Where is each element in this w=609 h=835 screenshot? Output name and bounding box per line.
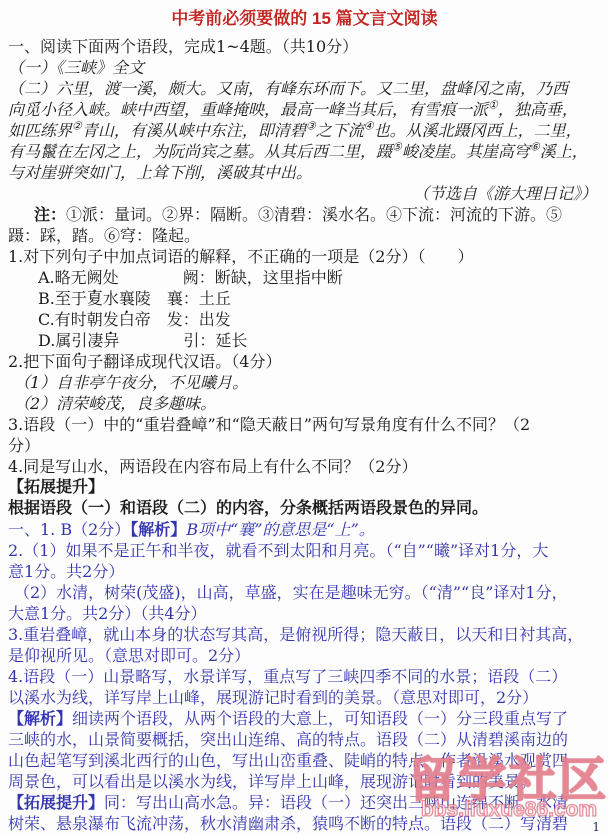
text-segment: 引 (71, 331, 87, 350)
document-line: 3.重岩叠嶂，就山本身的状态写其高，是俯视所得；隐天蔽日，以天和日衬其高， (8, 624, 601, 645)
document-line: 注：①派：量词。②界：隔断。③清碧：溪水名。④下流：河流的下游。⑤ (8, 204, 601, 225)
text-segment: ④ (364, 120, 374, 133)
text-segment: 蹑：踩，踏。⑥穹：隆起。 (8, 226, 200, 245)
text-segment: 发 (103, 310, 119, 329)
document-body: 一、阅读下面两个语段，完成1~4题。（共10分）（一）《三峡》全文（二）六里，渡… (8, 36, 601, 834)
text-segment: 意1分。共2分） (8, 562, 124, 581)
text-segment: ⑤ (392, 141, 402, 154)
text-segment: （一）《三峡》全文 (8, 58, 144, 77)
document-line: 意1分。共2分） (8, 561, 601, 582)
text-segment: 注： (34, 205, 66, 224)
text-segment: （节选自《游大理日记》） (413, 184, 597, 203)
document-line: （一）《三峡》全文 (8, 57, 601, 78)
document-line: 1.对下列句子中加点词语的解释，不正确的一项是（2分）（ ） (8, 246, 601, 267)
document-line: 【解析】细读两个语段，从两个语段的大意上，可知语段（一）分三段重点写了 (8, 708, 601, 729)
document-line: 蹑：踩，踏。⑥穹：隆起。 (8, 225, 601, 246)
page-number: 1 (592, 821, 600, 833)
text-segment: ② (72, 120, 82, 133)
text-segment: 溪上， (540, 142, 588, 161)
page-title: 中考前必须要做的 15 篇文言文阅读 (8, 6, 601, 32)
document-line: （1）自非亭午夜分，不见曦月。 (8, 372, 601, 393)
document-line: 3.语段（一）中的“重岩叠嶂”和“隐天蔽日”两句写景角度有什么不同？（2 (8, 414, 601, 435)
text-segment: 2.把下面句子翻译成现代汉语。（4分） (8, 352, 281, 371)
document-line: 是仰视所见。（意思对即可。2分） (8, 645, 601, 666)
document-line: 周景色，可以看出是以溪水为线，详写岸上山峰，展现游记时看到的美景。 (8, 771, 601, 792)
text-segment: 以溪水为线，详写岸上山峰，展现游记时看到的美景。（意思对即可，2分） (8, 688, 538, 707)
text-segment: 3.重岩叠嶂，就山本身的状态写其高，是俯视所得；隐天蔽日，以天和日衬其高， (8, 625, 583, 644)
text-segment: 襄：土丘 (167, 289, 231, 308)
text-segment: 【解析】 (130, 520, 186, 539)
document-line: 分） (8, 435, 601, 456)
document-line: 大意1分。共2分）（共4分） (8, 603, 601, 624)
document-line: A.略无阙处 阙：断缺，这里指中断 (8, 267, 601, 288)
text-segment: 4.同是写山水，两语段在内容布局上有什么不同？（2分） (8, 457, 417, 476)
document-line: 4.同是写山水，两语段在内容布局上有什么不同？（2分） (8, 456, 601, 477)
text-segment: ⑥ (530, 141, 540, 154)
text-segment: 2.（1）如果不是正午和半夜，就看不到太阳和月亮。（“自”“曦”译对1分，大 (8, 541, 548, 560)
document-line: 2.（1）如果不是正午和半夜，就看不到太阳和月亮。（“自”“曦”译对1分，大 (8, 540, 601, 561)
document-line: 向觅小径入峡。峡中西望，重峰掩映，最高一峰当其后，有雪痕一派①，独高垂， (8, 99, 601, 120)
text-segment: 如匹练界 (8, 121, 72, 140)
document-line: 一、阅读下面两个语段，完成1~4题。（共10分） (8, 36, 601, 57)
text-segment: 4.语段（一）山景略写，水景详写，重点写了三峡四季不同的水景；语段（二） (8, 667, 567, 686)
text-segment: B.至于夏水 (38, 289, 119, 308)
text-segment: 大意1分。共2分）（共4分） (8, 604, 207, 623)
document-line: （2）水清，树荣(茂盛)，山高，草盛，实在是趣味无穷。（“清”“良”译对1分， (8, 582, 601, 603)
document-line: 一、1. B（2分）【解析】B项中“襄”的意思是“上”。 (8, 519, 601, 540)
text-segment: 阙：断缺，这里指中断 (183, 268, 343, 287)
text-segment: ① (488, 99, 498, 112)
text-segment: 向觅小径入峡。峡中西望，重峰掩映，最高一峰当其后，有雪痕一派 (8, 100, 488, 119)
text-segment: 有马鬣在左冈之上，为阮尚宾之墓。从其后西二里，蹑 (8, 142, 392, 161)
document-page: 中考前必须要做的 15 篇文言文阅读 一、阅读下面两个语段，完成1~4题。（共1… (0, 0, 609, 834)
document-line: 三峡的水，山景简要概括，突出山连绵、高的特点。语段（二）从清碧溪南边的 (8, 729, 601, 750)
text-segment: 凄异 (87, 331, 183, 350)
text-segment: D.属 (38, 331, 71, 350)
text-segment: 一、1. B（2分） (8, 520, 130, 539)
text-segment: 同：写出山高水急。异：语段（一）还突出三峡山连绵不断、水清 (104, 793, 568, 812)
text-segment: 周景色，可以看出是以溪水为线，详写岸上山峰，展现游记时看到的美景。 (8, 772, 536, 791)
document-line: （节选自《游大理日记》） (8, 183, 601, 204)
text-segment: 引：延长 (183, 331, 247, 350)
text-segment: （1）自非亭午夜分，不见曦月。 (14, 373, 248, 392)
text-segment: ①派：量词。②界：隔断。③清碧：溪水名。④下流：河流的下游。⑤ (66, 205, 562, 224)
text-segment: 发：出发 (167, 310, 231, 329)
text-segment: 三峡的水，山景简要概括，突出山连绵、高的特点。语段（二）从清碧溪南边的 (8, 730, 568, 749)
document-line: （2）清荣峻茂，良多趣味。 (8, 393, 601, 414)
document-line: D.属引凄异 引：延长 (8, 330, 601, 351)
text-segment: （二）六里，渡一溪，颇大。又南，有峰东环而下。又二里，盘峰冈之南，乃西 (8, 79, 568, 98)
document-line: 山色起笔写到溪北西行的山色，写出山峦重叠、陡峭的特点，作者沿溪水观赏四 (8, 750, 601, 771)
document-line: 树荣、悬泉瀑布飞流冲荡，秋水清幽肃杀，猿鸣不断的特点。语段（二）写清碧 (8, 813, 601, 834)
document-line: （二）六里，渡一溪，颇大。又南，有峰东环而下。又二里，盘峰冈之南，乃西 (8, 78, 601, 99)
document-line: 2.把下面句子翻译成现代汉语。（4分） (8, 351, 601, 372)
document-line: 根据语段（一）和语段（二）的内容，分条概括两语段景色的异同。 (8, 498, 601, 519)
document-line: 4.语段（一）山景略写，水景详写，重点写了三峡四季不同的水景；语段（二） (8, 666, 601, 687)
text-segment: （2）水清，树荣(茂盛)，山高，草盛，实在是趣味无穷。（“清”“良”译对1分， (14, 583, 568, 602)
document-line: B.至于夏水襄陵 襄：土丘 (8, 288, 601, 309)
text-segment: 1.对下列句子中加点词语的解释，不正确的一项是（2分）（ ） (8, 247, 473, 266)
text-segment: 陵 (135, 289, 167, 308)
text-segment: 3.语段（一）中的“重岩叠嶂”和“隐天蔽日”两句写景角度有什么不同？（2 (8, 415, 530, 434)
document-line: 【拓展提升】同：写出山高水急。异：语段（一）还突出三峡山连绵不断、水清 (8, 792, 601, 813)
text-segment: 是仰视所见。（意思对即可。2分） (8, 646, 250, 665)
text-segment: 分） (8, 436, 40, 455)
text-segment: 根据语段（一）和语段（二）的内容，分条概括两语段景色的异同。 (8, 500, 488, 517)
text-segment: 之下流 (316, 121, 364, 140)
text-segment: 与对崖骈突如门，上耸下削，溪破其中出。 (8, 163, 312, 182)
text-segment: B项中“襄”的意思是“上”。 (186, 520, 374, 539)
text-segment: A.略无 (38, 268, 87, 287)
document-line: 与对崖骈突如门，上耸下削，溪破其中出。 (8, 162, 601, 183)
text-segment: 处 (103, 268, 183, 287)
document-line: 以溪水为线，详写岸上山峰，展现游记时看到的美景。（意思对即可，2分） (8, 687, 601, 708)
text-segment: 阙 (87, 268, 103, 287)
text-segment: 一、阅读下面两个语段，完成1~4题。（共10分） (8, 37, 358, 56)
text-segment: 白帝 (119, 310, 167, 329)
document-line: 【拓展提升】 (8, 477, 601, 498)
text-segment: 【拓展提升】 (8, 793, 104, 812)
document-line: C.有时朝发白帝 发：出发 (8, 309, 601, 330)
text-segment: C.有时朝 (38, 310, 103, 329)
document-line: 有马鬣在左冈之上，为阮尚宾之墓。从其后西二里，蹑⑤峻凌崖。其崖高穹⑥溪上， (8, 141, 601, 162)
text-segment: 青山，有溪从峡中东注，即清碧 (82, 121, 306, 140)
text-segment: 峻凌崖。其崖高穹 (402, 142, 530, 161)
text-segment: （2）清荣峻茂，良多趣味。 (14, 394, 216, 413)
text-segment: ，独高垂， (498, 100, 578, 119)
text-segment: 细读两个语段，从两个语段的大意上，可知语段（一）分三段重点写了 (72, 709, 568, 728)
text-segment: ③ (306, 120, 316, 133)
text-segment: 也。从溪北蹑冈西上，二里， (374, 121, 582, 140)
text-segment: 襄 (119, 289, 135, 308)
text-segment: 山色起笔写到溪北西行的山色，写出山峦重叠、陡峭的特点，作者沿溪水观赏四 (8, 751, 568, 770)
document-line: 如匹练界②青山，有溪从峡中东注，即清碧③之下流④也。从溪北蹑冈西上，二里， (8, 120, 601, 141)
text-segment: 【拓展提升】 (8, 479, 104, 496)
text-segment: 树荣、悬泉瀑布飞流冲荡，秋水清幽肃杀，猿鸣不断的特点。语段（二）写清碧 (8, 814, 568, 833)
text-segment: 【解析】 (8, 709, 72, 728)
